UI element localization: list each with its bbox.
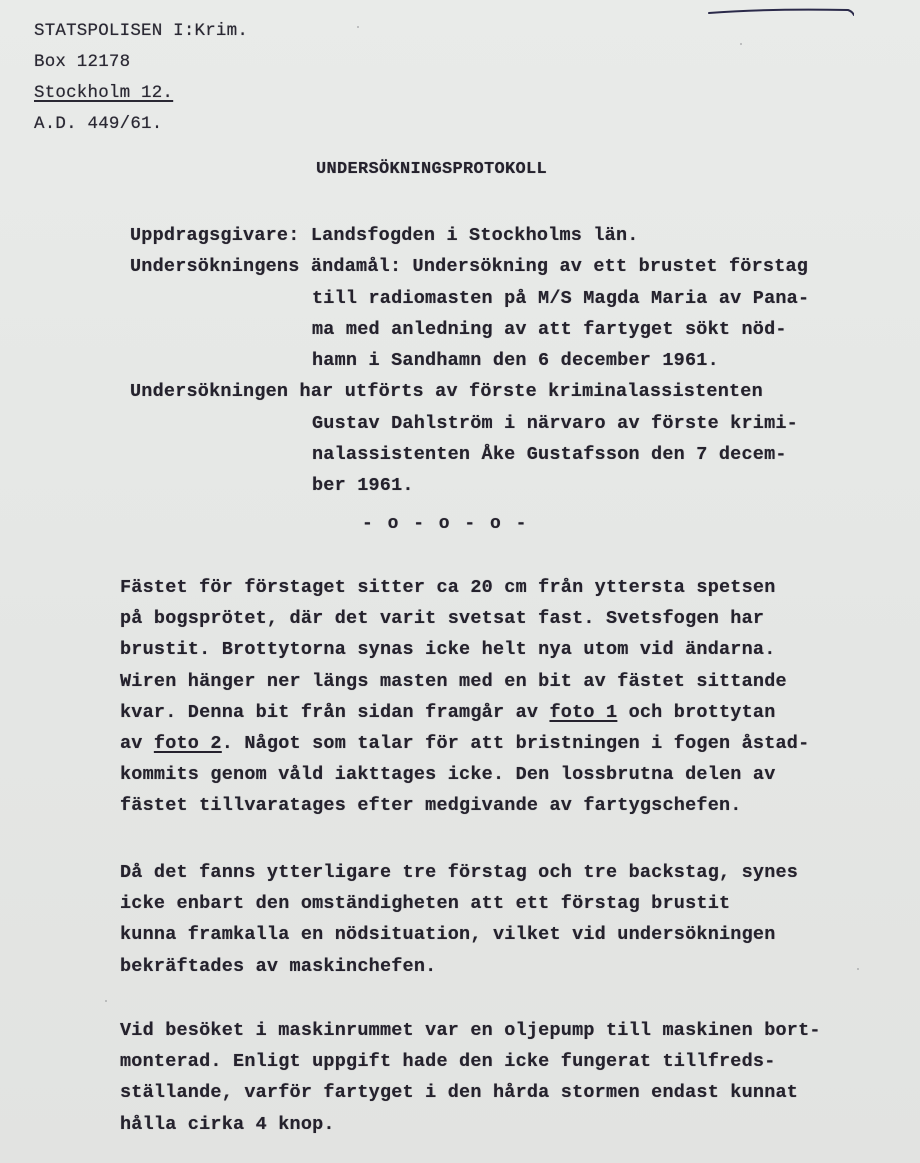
- paragraph-line: Wiren hänger ner längs masten med en bit…: [120, 666, 809, 697]
- text-span: . Något som talar för att bristningen i …: [222, 733, 810, 754]
- paragraph-line: av foto 2. Något som talar för att brist…: [120, 728, 809, 759]
- paragraph-line: kunna framkalla en nödsituation, vilket …: [120, 919, 798, 950]
- pen-stroke-mark: [708, 6, 854, 16]
- paragraph-line: ställande, varför fartyget i den hårda s…: [120, 1077, 821, 1108]
- paragraph-line: Vid besöket i maskinrummet var en oljepu…: [120, 1015, 821, 1046]
- performed-line: Gustav Dahlström i närvaro av förste kri…: [130, 408, 809, 439]
- paragraph-line: bekräftades av maskinchefen.: [120, 951, 798, 982]
- paragraph-line: kvar. Denna bit från sidan framgår av fo…: [120, 697, 809, 728]
- paragraph-findings: Fästet för förstaget sitter ca 20 cm frå…: [120, 572, 809, 822]
- document-title: UNDERSÖKNINGSPROTOKOLL: [316, 160, 547, 179]
- text-span: kvar. Denna bit från sidan framgår av: [120, 702, 549, 723]
- paper-speck: [357, 26, 359, 28]
- paragraph-line: kommits genom våld iakttages icke. Den l…: [120, 759, 809, 790]
- paragraph-line: på bogsprötet, där det varit svetsat fas…: [120, 603, 809, 634]
- paragraph-line: Fästet för förstaget sitter ca 20 cm frå…: [120, 572, 809, 603]
- purpose-line: ma med anledning av att fartyget sökt nö…: [130, 314, 809, 345]
- reference-number: A.D. 449/61.: [34, 109, 248, 140]
- paragraph-line: icke enbart den omständigheten att ett f…: [120, 888, 798, 919]
- photo-reference-1: foto 1: [549, 702, 617, 723]
- purpose-line: hamn i Sandhamn den 6 december 1961.: [130, 345, 809, 376]
- document-page: STATSPOLISEN I:Krim. Box 12178 Stockholm…: [0, 0, 920, 1163]
- section-separator: - o - o - o -: [362, 514, 528, 534]
- agency-name: STATSPOLISEN I:Krim.: [34, 16, 248, 47]
- letterhead: STATSPOLISEN I:Krim. Box 12178 Stockholm…: [34, 16, 248, 140]
- purpose-line: Undersökningens ändamål: Undersökning av…: [130, 251, 809, 282]
- paragraph-line: monterad. Enligt uppgift hade den icke f…: [120, 1046, 821, 1077]
- paragraph-line: Då det fanns ytterligare tre förstag och…: [120, 857, 798, 888]
- paragraph-engine-room: Vid besöket i maskinrummet var en oljepu…: [120, 1015, 821, 1140]
- postal-box: Box 12178: [34, 47, 248, 78]
- purpose-line: till radiomasten på M/S Magda Maria av P…: [130, 283, 809, 314]
- paper-speck: [740, 43, 742, 45]
- photo-reference-2: foto 2: [154, 733, 222, 754]
- paper-speck: [857, 968, 859, 970]
- paper-speck: [105, 1000, 107, 1002]
- performed-line: ber 1961.: [130, 470, 809, 501]
- paragraph-line: fästet tillvaratages efter medgivande av…: [120, 790, 809, 821]
- paragraph-line: hålla cirka 4 knop.: [120, 1109, 821, 1140]
- performed-line: nalassistenten Åke Gustafsson den 7 dece…: [130, 439, 809, 470]
- city: Stockholm 12.: [34, 78, 248, 109]
- paragraph-line: brustit. Brottytorna synas icke helt nya…: [120, 634, 809, 665]
- client-line: Uppdragsgivare: Landsfogden i Stockholms…: [130, 220, 809, 251]
- performed-line: Undersökningen har utförts av förste kri…: [130, 376, 809, 407]
- protocol-metadata: Uppdragsgivare: Landsfogden i Stockholms…: [130, 220, 809, 502]
- text-span: av: [120, 733, 154, 754]
- text-span: och brottytan: [617, 702, 775, 723]
- paragraph-stays: Då det fanns ytterligare tre förstag och…: [120, 857, 798, 982]
